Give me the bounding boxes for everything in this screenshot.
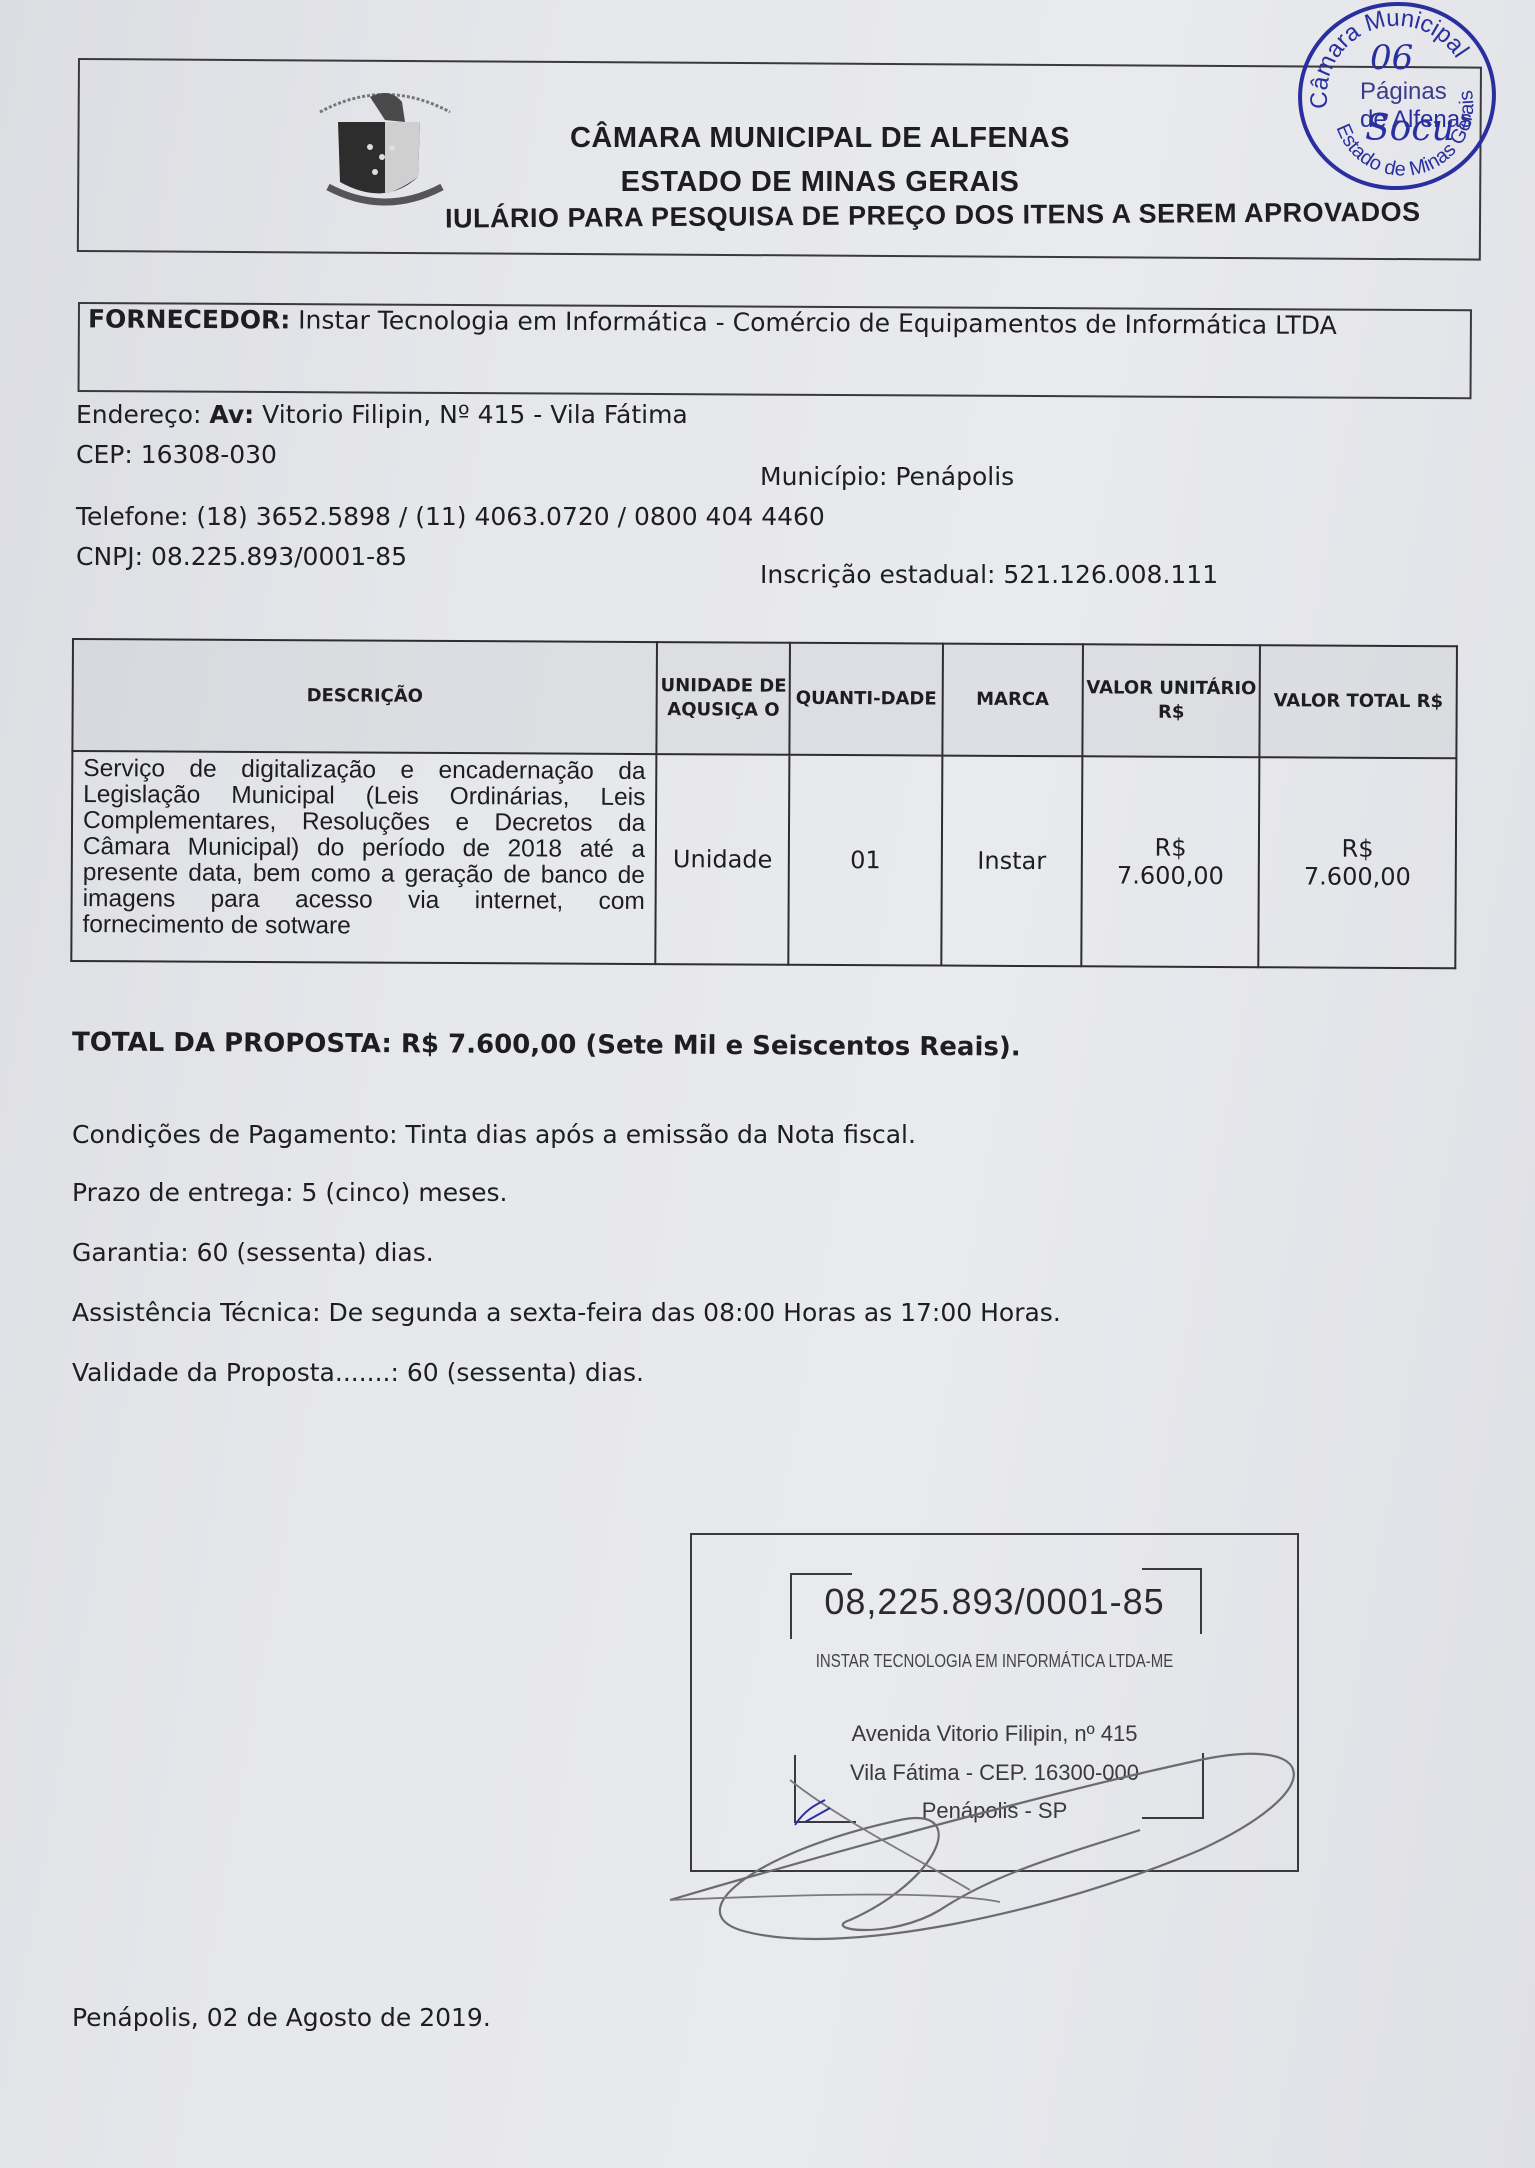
telefone-line: Telefone: (18) 3652.5898 / (11) 4063.072…	[76, 502, 825, 531]
stamp-address-1: Avenida Vitorio Filipin, nº 415	[692, 1721, 1297, 1747]
coat-of-arms-icon	[310, 82, 460, 222]
table-row: Serviço de digitalização e encadernação …	[71, 751, 1456, 968]
col-unidade: UNIDADE DE AQUSIÇA O	[657, 642, 791, 755]
state-title: ESTADO DE MINAS GERAIS	[520, 166, 1120, 199]
cell-unidade: Unidade	[656, 754, 790, 965]
payment-conditions: Condições de Pagamento: Tinta dias após …	[72, 1120, 916, 1149]
proposal-total: TOTAL DA PROPOSTA: R$ 7.600,00 (Sete Mil…	[72, 1028, 1021, 1063]
cep-line: CEP: 16308-030	[76, 440, 277, 469]
inscricao-line: Inscrição estadual: 521.126.008.111	[760, 560, 1218, 589]
stamp-cnpj-number: 08,225.893/0001-85	[692, 1581, 1297, 1623]
col-valor-unitario: VALOR UNITÁRIO R$	[1082, 644, 1260, 757]
supplier-name: Instar Tecnologia em Informática - Comér…	[298, 306, 1337, 340]
municipio-line: Município: Penápolis	[760, 462, 1014, 491]
cell-valor-total: R$ 7.600,00	[1259, 757, 1457, 968]
address-line: Endereço: Av: Vitorio Filipin, Nº 415 - …	[76, 400, 688, 429]
cnpj-line: CNPJ: 08.225.893/0001-85	[76, 542, 407, 571]
date-line: Penápolis, 02 de Agosto de 2019.	[72, 2003, 491, 2032]
col-marca: MARCA	[942, 644, 1083, 757]
stamp-address-2: Vila Fátima - CEP. 16300-000	[692, 1760, 1297, 1786]
proposal-validity: Validade da Proposta.......: 60 (sessent…	[72, 1358, 644, 1387]
technical-assistance: Assistência Técnica: De segunda a sexta-…	[72, 1298, 1061, 1327]
cell-valor-unitario: R$ 7.600,00	[1081, 756, 1259, 967]
stamp-company-name: INSTAR TECNOLOGIA EM INFORMÁTICA LTDA-ME	[692, 1651, 1297, 1671]
stamp-address-3: Penápolis - SP	[692, 1798, 1297, 1824]
cell-descricao: Serviço de digitalização e encadernação …	[71, 751, 656, 964]
institution-title: CÂMARA MUNICIPAL DE ALFENAS	[520, 122, 1120, 155]
col-valor-total: VALOR TOTAL R$	[1260, 645, 1457, 758]
col-quantidade: QUANTI-DADE	[790, 643, 943, 756]
cnpj-stamp: 08,225.893/0001-85 INSTAR TECNOLOGIA EM …	[690, 1533, 1299, 1872]
stamp-page-number: 06	[1370, 38, 1413, 78]
stamp-initials: Socu	[1365, 108, 1455, 149]
items-table: DESCRIÇÃO UNIDADE DE AQUSIÇA O QUANTI-DA…	[70, 638, 1458, 969]
col-descricao: DESCRIÇÃO	[72, 639, 657, 754]
table-header-row: DESCRIÇÃO UNIDADE DE AQUSIÇA O QUANTI-DA…	[72, 639, 1457, 758]
cell-quantidade: 01	[789, 755, 942, 966]
delivery-term: Prazo de entrega: 5 (cinco) meses.	[72, 1178, 508, 1207]
supplier-label: FORNECEDOR:	[88, 304, 290, 334]
cell-marca: Instar	[941, 756, 1082, 967]
warranty: Garantia: 60 (sessenta) dias.	[72, 1238, 434, 1267]
